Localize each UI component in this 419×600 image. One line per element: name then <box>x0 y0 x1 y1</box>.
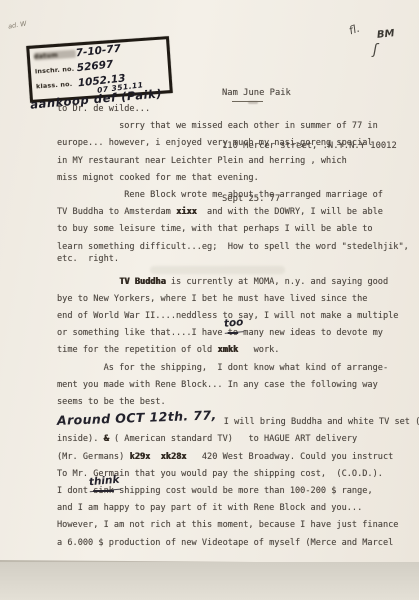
overwritten-word: sinkthink <box>93 483 114 500</box>
typed-segment: work. <box>238 345 279 355</box>
typed-segment: TV Buddha to Amsterdam <box>57 207 176 217</box>
typed-line: seems to be the best. <box>57 394 413 411</box>
typed-segment: However, I am not rich at this moment, b… <box>57 520 398 530</box>
scanned-letter: ad. W fl. BM ʃ datum 7-10-77 inschr. no.… <box>0 0 419 600</box>
typed-segment: to buy some leisure time, with that perh… <box>57 224 373 234</box>
typed-segment: and with the DOWRY, I will be able <box>197 207 383 217</box>
overstruck-segment: k29x xk28x <box>129 452 186 462</box>
typed-segment: I dont <box>57 486 93 496</box>
typed-line: I dont sinkthink shipping cost would be … <box>57 483 413 500</box>
typed-line: ment you made with Rene Block... In any … <box>57 377 413 394</box>
typed-line: or something like that....I have totoo m… <box>57 325 413 342</box>
typed-line: miss mignot cooked for me that evening. <box>57 170 413 187</box>
handwritten-correction: too <box>223 314 244 334</box>
typed-segment: or something like that....I have <box>57 328 228 338</box>
typed-segment: I will bring Buddha and white TV set (wi… <box>224 417 419 427</box>
typed-segment: miss mignot cooked for me that evening. <box>57 173 259 183</box>
typed-line: in MY restaurant near Leichter Plein and… <box>57 153 413 170</box>
typed-line: (Mr. Germans) k29x xk28x 420 West Broadw… <box>57 449 413 466</box>
typed-segment: As for the shipping, I dont know what ki… <box>57 363 388 373</box>
overwritten-word: totoo <box>228 325 238 342</box>
typed-segment: is currently at MOMA, n.y. and saying go… <box>166 277 388 287</box>
typed-segment: etc. right. <box>57 254 119 264</box>
typed-segment: in MY restaurant near Leichter Plein and… <box>57 156 347 166</box>
stamp-value-inschr: 52697 <box>76 58 114 74</box>
letter-body: to Dr. de wilde... sorry that we missed … <box>57 101 413 552</box>
typed-line: to buy some leisure time, with that perh… <box>57 221 413 238</box>
typed-segment: (Mr. Germans) <box>57 452 129 462</box>
typed-line: to Dr. de wilde... <box>57 101 413 118</box>
typed-line: a 6.000 $ production of new Videotape of… <box>57 535 413 552</box>
pencil-initials-bm: BM <box>376 28 395 41</box>
typed-segment: shipping cost would be more than 100-200… <box>114 486 373 496</box>
typed-segment: many new ideas to devote my <box>238 328 383 338</box>
typed-line: Around OCT 12th. 77,I will bring Buddha … <box>57 411 413 431</box>
typed-segment: time for the repetition of old <box>57 345 217 355</box>
typed-line: Rene Block wrote me about the arranged m… <box>57 187 413 204</box>
typed-segment: learn something difficult...eg; How to s… <box>57 242 409 252</box>
typed-line: inside). & ( American standard TV) to HA… <box>57 431 413 448</box>
typed-line: However, I am not rich at this moment, b… <box>57 517 413 534</box>
typed-segment: to Dr. de wilde... <box>57 104 150 114</box>
handwritten-correction: think <box>88 472 120 493</box>
typed-line: and I am happy to pay part of it with Re… <box>57 500 413 517</box>
typed-line: time for the repetition of old xmkk work… <box>57 342 413 359</box>
typed-segment: inside). <box>57 434 104 444</box>
stamp-value-date: 7-10-77 <box>75 43 121 60</box>
typed-segment: sorry that we missed each other in summe… <box>57 121 378 131</box>
typed-segment: seems to be the best. <box>57 397 166 407</box>
typed-segment: 420 West Broadway. Could you instruct <box>186 452 393 462</box>
typed-segment: Rene Block wrote me about the arranged m… <box>57 190 383 200</box>
typed-segment: europe... however, i enjoyed very much m… <box>57 138 373 148</box>
typed-segment: ment you made with Rene Block... In any … <box>57 380 378 390</box>
scan-bed-strip <box>0 562 419 600</box>
typed-segment: ( American standard TV) to HAGUE ART del… <box>109 434 357 444</box>
typed-line: As for the shipping, I dont know what ki… <box>57 360 413 377</box>
typed-segment: a 6.000 $ production of new Videotape of… <box>57 538 393 548</box>
overstruck-segment: TV Buddha <box>119 277 166 287</box>
typed-line: sorry that we missed each other in summe… <box>57 118 413 135</box>
typed-line: TV Buddha is currently at MOMA, n.y. and… <box>57 274 413 291</box>
stamp-label-klass: klass. no. <box>36 80 78 91</box>
stamp-label-datum: datum <box>34 50 76 61</box>
typed-line: europe... however, i enjoyed very much m… <box>57 135 413 152</box>
stamp-label-inschr: inschr. no. <box>35 65 77 76</box>
typed-segment: bye to New Yorkers, where I bet he must … <box>57 294 367 304</box>
overstruck-segment: xixx <box>176 207 197 217</box>
overstruck-segment: xmkk <box>217 345 238 355</box>
typed-line: bye to New Yorkers, where I bet he must … <box>57 291 413 308</box>
typed-segment: and I am happy to pay part of it with Re… <box>57 503 362 513</box>
typed-line: TV Buddha to Amsterdam xixx and with the… <box>57 204 413 221</box>
typed-segment <box>57 277 119 287</box>
